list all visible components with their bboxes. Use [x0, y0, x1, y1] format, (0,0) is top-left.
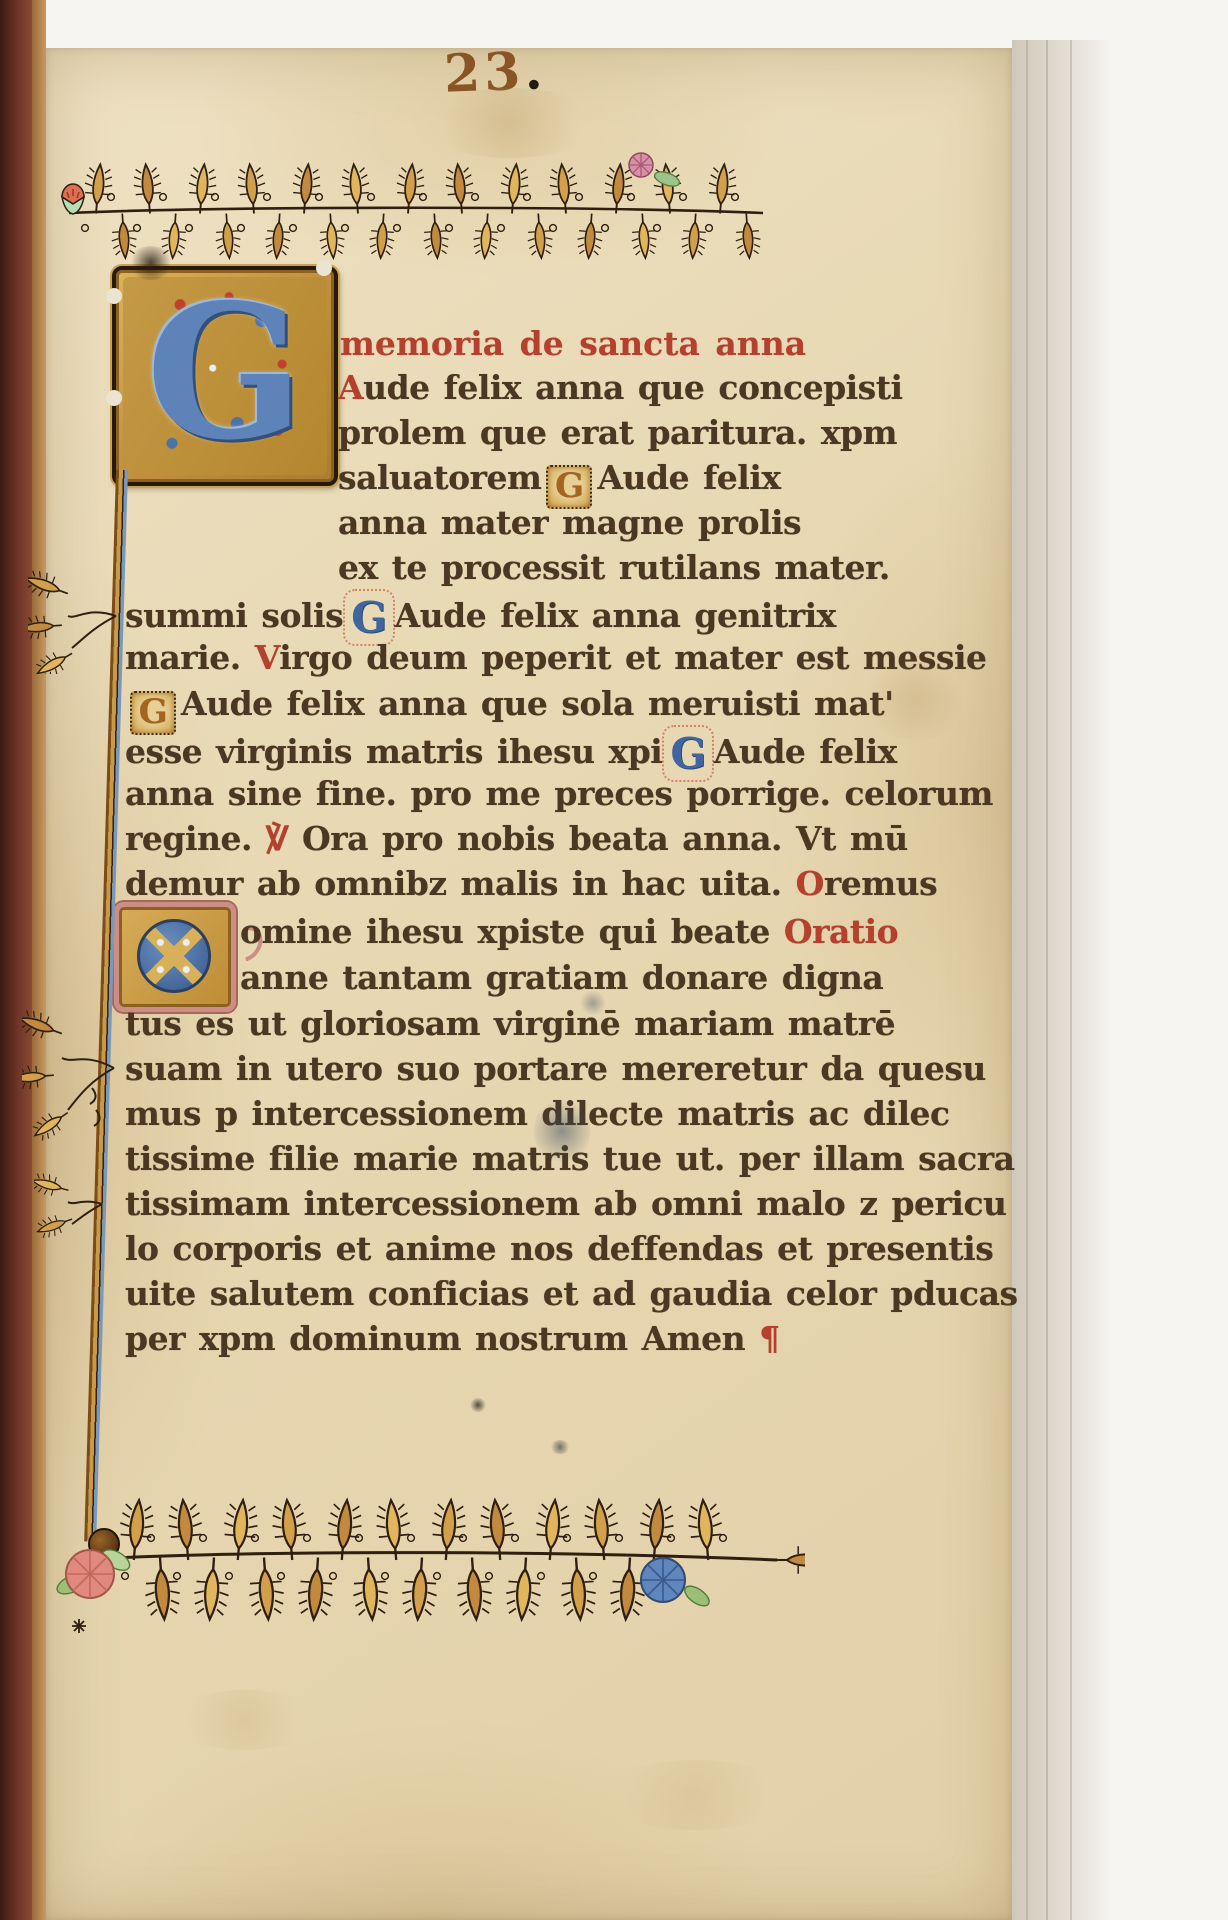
text-segment: saluatorem	[338, 458, 541, 497]
text-segment: A	[338, 368, 363, 407]
manuscript-line-8: GAude felix anna que sola meruisti mat'	[125, 684, 894, 735]
text-segment: Aude felix	[714, 732, 897, 771]
frame-cusp	[106, 288, 122, 304]
rubric-heading: memoria de sancta anna	[340, 324, 806, 363]
manuscript-line-10: anna sine fine. pro me preces porrige. c…	[125, 774, 993, 813]
margin-sprig-lower	[34, 1158, 106, 1242]
text-segment: Aude felix anna genitrix	[395, 596, 836, 635]
manuscript-line-1: Aude felix anna que concepisti	[338, 368, 903, 407]
frame-cusp	[106, 390, 122, 406]
text-segment: uite salutem conficias et ad gaudia celo…	[125, 1274, 1018, 1313]
manuscript-line-13: omine ihesu xpiste qui beate Oratio	[240, 912, 898, 951]
manuscript-line-4: anna mater magne prolis	[338, 503, 801, 542]
illuminated-initial-g: G	[112, 266, 338, 486]
manuscript-line-11: regine. ℣ Ora pro nobis beata anna. Vt m…	[125, 819, 908, 858]
text-segment: mus p intercessionem dilecte matris ac d…	[125, 1094, 950, 1133]
text-segment: ¶	[759, 1319, 780, 1358]
text-segment: demur ab omnibz malis in hac uita.	[125, 864, 796, 903]
manuscript-line-14: anne tantam gratiam donare digna	[240, 958, 883, 997]
manuscript-line-19: tissimam intercessionem ab omni malo z p…	[125, 1184, 1007, 1223]
text-segment: Aude felix	[597, 458, 780, 497]
initial-g-letter: G	[116, 266, 334, 478]
manuscript-line-15: tus es ut gloriosam virginē mariam matrē	[125, 1004, 895, 1043]
decorated-initial-g-blue: G	[666, 729, 709, 778]
decorated-initial-g-blue: G	[347, 593, 390, 642]
text-segment: regine.	[125, 819, 266, 858]
manuscript-line-3: saluatoremGAude felix	[338, 458, 781, 509]
text-segment: Oratio	[784, 912, 898, 951]
text-segment: summi solis	[125, 596, 343, 635]
initial-d-blue-roundel	[137, 919, 211, 993]
manuscript-line-18: tissime filie marie matris tue ut. per i…	[125, 1139, 1015, 1178]
manuscript-line-2: prolem que erat paritura. xpm	[338, 413, 897, 452]
text-segment: suam in utero suo portare mereretur da q…	[125, 1049, 986, 1088]
text-segment: tus es ut gloriosam virginē mariam matrē	[125, 1004, 895, 1043]
frame-cusp	[316, 260, 332, 276]
text-segment: anne tantam gratiam donare digna	[240, 958, 883, 997]
manuscript-line-20: lo corporis et anime nos deffendas et pr…	[125, 1229, 993, 1268]
folio-number-value: 23	[443, 41, 525, 105]
text-segment: omine ihesu xpiste qui beate	[240, 912, 784, 951]
text-segment: prolem que erat paritura. xpm	[338, 413, 897, 452]
folio-number-dot: .	[523, 40, 547, 102]
text-segment: marie.	[125, 638, 255, 677]
text-segment: anna mater magne prolis	[338, 503, 801, 542]
page-edge-line	[1026, 40, 1028, 1920]
page-edge-line	[1046, 40, 1048, 1920]
manuscript-line-17: mus p intercessionem dilecte matris ac d…	[125, 1094, 950, 1133]
manuscript-line-9: esse virginis matris ihesu xpiGAude feli…	[125, 729, 897, 778]
book-fore-edge	[1012, 40, 1112, 1920]
text-segment: tissimam intercessionem ab omni malo z p…	[125, 1184, 1007, 1223]
page-edge-line	[1070, 40, 1072, 1920]
book-gutter-shadow	[0, 0, 32, 1920]
margin-sprig-middle	[22, 992, 118, 1142]
text-segment: Aude felix anna que sola meruisti mat'	[181, 684, 894, 723]
text-segment: Ora pro nobis beata anna. Vt mū	[302, 819, 908, 858]
text-segment: per xpm dominum nostrum Amen	[125, 1319, 759, 1358]
margin-sprig-upper	[28, 556, 120, 674]
decorated-initial-d	[114, 902, 236, 1012]
text-segment: ude felix anna que concepisti	[363, 368, 902, 407]
folio-number: 23.	[443, 40, 548, 105]
manuscript-page-photo: 23. G memoria de sancta anna Aude felix …	[0, 0, 1228, 1920]
text-segment: V	[255, 638, 280, 677]
text-segment: lo corporis et anime nos deffendas et pr…	[125, 1229, 993, 1268]
text-segment: O	[796, 864, 824, 903]
manuscript-line-5: ex te processit rutilans mater.	[338, 548, 890, 587]
text-segment: tissime filie marie matris tue ut. per i…	[125, 1139, 1015, 1178]
text-segment: ℣	[266, 819, 302, 858]
manuscript-line-12: demur ab omnibz malis in hac uita. Oremu…	[125, 864, 937, 903]
manuscript-line-16: suam in utero suo portare mereretur da q…	[125, 1049, 986, 1088]
text-segment: anna sine fine. pro me preces porrige. c…	[125, 774, 993, 813]
top-border-vine-ornament	[55, 135, 775, 270]
manuscript-line-22: per xpm dominum nostrum Amen ¶	[125, 1319, 780, 1358]
bottom-border-vine-ornament	[35, 1478, 805, 1653]
text-segment: remus	[824, 864, 937, 903]
manuscript-line-6: summi solisGAude felix anna genitrix	[125, 593, 836, 642]
text-segment: esse virginis matris ihesu xpi	[125, 732, 662, 771]
text-segment: ex te processit rutilans mater.	[338, 548, 890, 587]
manuscript-line-21: uite salutem conficias et ad gaudia celo…	[125, 1274, 1018, 1313]
manuscript-line-7: marie. Virgo deum peperit et mater est m…	[125, 638, 987, 677]
text-segment: irgo deum peperit et mater est messie	[279, 638, 986, 677]
